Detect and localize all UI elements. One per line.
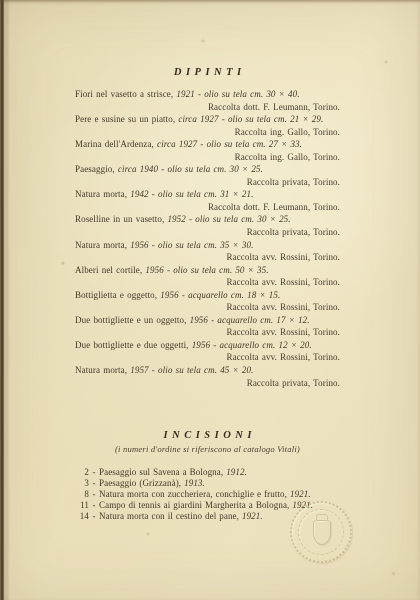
work-medium-size: 1956 - olio su tela cm. 50 × 35. (145, 265, 268, 275)
etching-number: 2 (75, 467, 89, 478)
work-title: Pere e susine su un piatto, (75, 114, 175, 124)
work-title: Paesaggio, (75, 164, 115, 174)
work-medium-size: 1942 - olio su tela cm. 31 × 21. (130, 189, 253, 199)
foxing-spot (146, 532, 150, 536)
etching-title: Paesaggio (Grizzanà), (99, 478, 181, 488)
separator-dash: - (89, 511, 99, 522)
work-medium-size: circa 1927 - olio su tela cm. 27 × 33. (157, 139, 302, 149)
work-collection: Raccolta avv. Rossini, Torino. (75, 251, 340, 264)
etching-year: 1912. (226, 467, 247, 477)
etching-title: Campo di tennis ai giardini Margherita a… (99, 500, 289, 510)
etching-number: 11 (75, 500, 89, 511)
etching-title: Paesaggio sul Savena a Bologna, (99, 467, 223, 477)
catalog-entry: Natura morta, 1942 - olio su tela cm. 31… (75, 188, 340, 213)
catalog-entry: Fiori nel vasetto a strisce, 1921 - olio… (75, 88, 340, 113)
catalog-entry: Pere e susine su un piatto, circa 1927 -… (75, 113, 340, 138)
catalog-entry: Natura morta, 1957 - olio su tela cm. 45… (75, 364, 340, 389)
work-title: Natura morta, (75, 240, 127, 250)
work-collection: Raccolta privata, Torino. (75, 377, 340, 390)
work-collection: Raccolta avv. Rossini, Torino. (75, 301, 340, 314)
work-title: Natura morta, (75, 365, 127, 375)
catalog-entry: Roselline in un vasetto, 1952 - olio su … (75, 213, 340, 238)
work-title: Roselline in un vasetto, (75, 214, 164, 224)
separator-dash: - (89, 489, 99, 500)
foxing-spot (384, 60, 388, 64)
page-top-edge (0, 0, 420, 3)
catalog-entry: Due bottigliette e un oggetto, 1956 - ac… (75, 314, 340, 339)
separator-dash: - (89, 478, 99, 489)
work-title: Due bottigliette e due oggetti, (75, 340, 189, 350)
work-title: Alberi nel cortile, (75, 265, 142, 275)
etching-title: Natura morta con zuccheriera, conchiglie… (99, 489, 287, 499)
work-medium-size: 1956 - acquarello cm. 18 × 15. (160, 290, 280, 300)
foxing-spot (201, 39, 205, 43)
etching-year: 1921. (242, 511, 263, 521)
work-collection: Raccolta avv. Rossini, Torino. (75, 276, 340, 289)
etching-number: 14 (75, 511, 89, 522)
etching-entry: 2-Paesaggio sul Savena a Bologna, 1912. (75, 467, 340, 478)
work-collection: Raccolta privata, Torino. (75, 226, 340, 239)
work-collection: Raccolta avv. Rossini, Torino. (75, 351, 340, 364)
work-title: Natura morta, (75, 189, 127, 199)
dipinti-entries: Fiori nel vasetto a strisce, 1921 - olio… (75, 88, 340, 389)
work-medium-size: 1921 - olio su tela cm. 30 × 40. (176, 89, 299, 99)
dipinti-section-title: DIPINTI (75, 67, 340, 78)
work-medium-size: circa 1927 - olio su tela cm. 21 × 29. (178, 114, 323, 124)
etching-year: 1913. (184, 478, 205, 488)
seal-shield-icon (313, 520, 331, 545)
work-title: Fiori nel vasetto a strisce, (75, 89, 173, 99)
foxing-spot (391, 571, 396, 576)
etching-title: Natura morta con il cestino del pane, (99, 511, 239, 521)
catalog-entry: Bottiglietta e oggetto, 1956 - acquarell… (75, 289, 340, 314)
incisioni-subtitle: (i numeri d'ordine si riferiscono al cat… (75, 444, 340, 454)
book-page: DIPINTI Fiori nel vasetto a strisce, 192… (0, 0, 420, 600)
catalog-entry: Natura morta, 1956 - olio su tela cm. 35… (75, 239, 340, 264)
work-collection: Raccolta dott. F. Leumann, Torino. (75, 201, 340, 214)
work-collection: Raccolta dott. F. Leumann, Torino. (75, 101, 340, 114)
catalog-entry: Marina dell'Ardenza, circa 1927 - olio s… (75, 138, 340, 163)
incisioni-section-title: INCISIONI (75, 430, 340, 441)
work-medium-size: circa 1940 - olio su tela cm. 30 × 25. (118, 164, 263, 174)
work-title: Bottiglietta e oggetto, (75, 290, 157, 300)
catalog-entry: Due bottigliette e due oggetti, 1956 - a… (75, 339, 340, 364)
etching-year: 1921. (290, 489, 311, 499)
work-medium-size: 1956 - acquarello cm. 12 × 20. (192, 340, 312, 350)
catalog-entry: Paesaggio, circa 1940 - olio su tela cm.… (75, 163, 340, 188)
work-title: Due bottigliette e un oggetto, (75, 315, 186, 325)
work-collection: Raccolta ing. Gallo, Torino. (75, 126, 340, 139)
work-collection: Raccolta avv. Rossini, Torino. (75, 326, 340, 339)
embossed-seal (290, 501, 352, 563)
work-medium-size: 1952 - olio su tela cm. 30 × 25. (167, 214, 290, 224)
work-medium-size: 1957 - olio su tela cm. 45 × 20. (130, 365, 253, 375)
etching-number: 8 (75, 489, 89, 500)
work-medium-size: 1956 - acquarello cm. 17 × 12. (190, 315, 310, 325)
page-left-edge (0, 0, 10, 600)
separator-dash: - (89, 500, 99, 511)
etching-entry: 8-Natura morta con zuccheriera, conchigl… (75, 489, 340, 500)
foxing-spot (61, 261, 65, 265)
work-collection: Raccolta ing. Gallo, Torino. (75, 151, 340, 164)
work-medium-size: 1956 - olio su tela cm. 35 × 30. (130, 240, 253, 250)
work-collection: Raccolta privata, Torino. (75, 176, 340, 189)
etching-number: 3 (75, 478, 89, 489)
separator-dash: - (89, 467, 99, 478)
work-title: Marina dell'Ardenza, (75, 139, 154, 149)
catalog-entry: Alberi nel cortile, 1956 - olio su tela … (75, 264, 340, 289)
etching-entry: 3-Paesaggio (Grizzanà), 1913. (75, 478, 340, 489)
